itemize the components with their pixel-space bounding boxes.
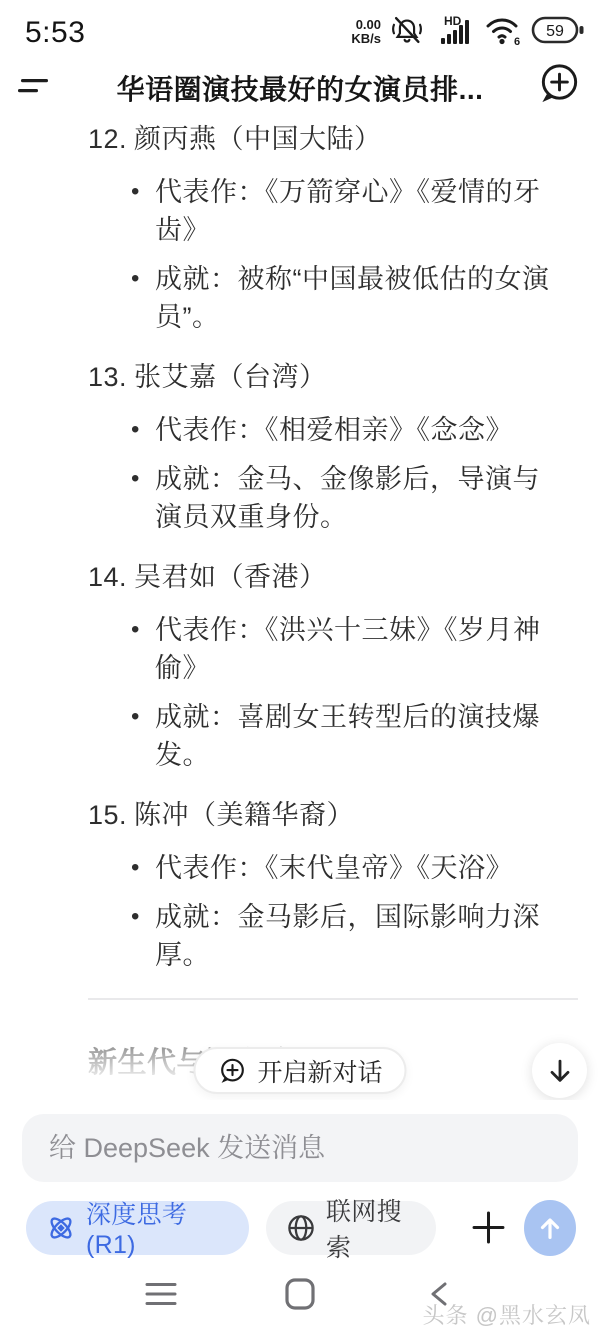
message-input[interactable] bbox=[22, 1114, 578, 1182]
chat-title: 华语圈演技最好的女演员排... bbox=[117, 68, 484, 108]
actor-detail: •成就：喜剧女王转型后的演技爆发。 bbox=[131, 698, 600, 774]
clock: 5:53 bbox=[25, 16, 85, 50]
bullet-icon: • bbox=[131, 173, 155, 249]
home-button[interactable] bbox=[281, 1275, 319, 1313]
app-header: 华语圈演技最好的女演员排... bbox=[0, 58, 600, 114]
actor-list-top: 12.颜丙燕（中国大陆）•代表作：《万箭穿心》《爱情的牙齿》•成就：被称“中国最… bbox=[0, 122, 600, 974]
web-search-label: 联网搜索 bbox=[326, 1192, 416, 1264]
bullet-icon: • bbox=[131, 260, 155, 336]
send-button[interactable] bbox=[524, 1200, 576, 1256]
section-divider bbox=[88, 998, 578, 1000]
actor-detail-text: 成就：喜剧女王转型后的演技爆发。 bbox=[155, 698, 550, 774]
sidebar-menu-button[interactable] bbox=[18, 70, 54, 102]
actor-detail: •成就：金马影后，国际影响力深厚。 bbox=[131, 898, 600, 974]
actor-detail-text: 代表作：《万箭穿心》《爱情的牙齿》 bbox=[155, 173, 550, 249]
actor-entry: 14.吴君如（香港）•代表作：《洪兴十三妹》《岁月神偷》•成就：喜剧女王转型后的… bbox=[0, 560, 600, 774]
arrow-down-icon bbox=[545, 1056, 575, 1086]
signal-strength-icon: HD bbox=[433, 14, 475, 51]
actor-rank: 12. bbox=[88, 122, 134, 156]
composer-toolbar: 深度思考 (R1) 联网搜索 bbox=[26, 1199, 576, 1256]
network-speed-unit: KB/s bbox=[351, 31, 381, 46]
actor-name: 颜丙燕（中国大陆） bbox=[134, 122, 382, 156]
recents-button[interactable] bbox=[142, 1275, 180, 1313]
deep-think-toggle[interactable]: 深度思考 (R1) bbox=[26, 1201, 249, 1255]
bullet-icon: • bbox=[131, 898, 155, 974]
actor-rank: 13. bbox=[88, 360, 134, 394]
bullet-icon: • bbox=[131, 698, 155, 774]
bullet-icon: • bbox=[131, 411, 155, 449]
actor-rank: 14. bbox=[88, 560, 134, 594]
actor-name: 陈冲（美籍华裔） bbox=[134, 798, 354, 832]
web-search-toggle[interactable]: 联网搜索 bbox=[266, 1201, 436, 1255]
actor-name: 吴君如（香港） bbox=[134, 560, 327, 594]
status-bar: 5:53 0.00 KB/s HD bbox=[0, 10, 600, 52]
new-chat-button[interactable] bbox=[534, 60, 584, 112]
actor-entry: 15.陈冲（美籍华裔）•代表作：《末代皇帝》《天浴》•成就：金马影后，国际影响力… bbox=[0, 798, 600, 974]
scroll-to-bottom-button[interactable] bbox=[532, 1043, 587, 1098]
atom-icon bbox=[46, 1213, 76, 1243]
actor-detail: •代表作：《万箭穿心》《爱情的牙齿》 bbox=[131, 173, 600, 249]
actor-title: 14.吴君如（香港） bbox=[0, 560, 600, 594]
actor-detail: •代表作：《洪兴十三妹》《岁月神偷》 bbox=[131, 611, 600, 687]
mute-vibrate-icon bbox=[390, 15, 424, 50]
start-new-chat-button[interactable]: 开启新对话 bbox=[193, 1047, 406, 1094]
actor-title: 15.陈冲（美籍华裔） bbox=[0, 798, 600, 832]
wifi-icon: 6 bbox=[484, 14, 522, 51]
bullet-icon: • bbox=[131, 849, 155, 887]
status-icons: 0.00 KB/s HD bbox=[351, 12, 585, 52]
battery-icon: 59 bbox=[531, 15, 585, 50]
actor-detail: •成就：被称“中国最被低估的女演员”。 bbox=[131, 260, 600, 336]
actor-detail: •成就：金马、金像影后，导演与演员双重身份。 bbox=[131, 460, 600, 536]
start-new-chat-label: 开启新对话 bbox=[257, 1053, 382, 1089]
actor-detail-text: 成就：被称“中国最被低估的女演员”。 bbox=[155, 260, 550, 336]
watermark: 头条 @黑水玄凤 bbox=[423, 1299, 591, 1330]
actor-entry: 13.张艾嘉（台湾）•代表作：《相爱相亲》《念念》•成就：金马、金像影后，导演与… bbox=[0, 360, 600, 536]
new-chat-bubble-plus-icon bbox=[217, 1056, 247, 1086]
network-speed-value: 0.00 bbox=[356, 17, 381, 32]
actor-detail-text: 代表作：《相爱相亲》《念念》 bbox=[155, 411, 550, 449]
plus-icon bbox=[470, 1209, 507, 1246]
deep-think-label: 深度思考 (R1) bbox=[86, 1195, 229, 1260]
arrow-up-icon bbox=[535, 1213, 565, 1243]
bullet-icon: • bbox=[131, 460, 155, 536]
actor-name: 张艾嘉（台湾） bbox=[134, 360, 327, 394]
actor-detail: •代表作：《相爱相亲》《念念》 bbox=[131, 411, 600, 449]
attach-button[interactable] bbox=[470, 1208, 507, 1248]
svg-text:6: 6 bbox=[514, 36, 520, 46]
actor-detail-text: 代表作：《末代皇帝》《天浴》 bbox=[155, 849, 550, 887]
actor-entry: 12.颜丙燕（中国大陆）•代表作：《万箭穿心》《爱情的牙齿》•成就：被称“中国最… bbox=[0, 122, 600, 336]
actor-title: 12.颜丙燕（中国大陆） bbox=[0, 122, 600, 156]
actor-detail: •代表作：《末代皇帝》《天浴》 bbox=[131, 849, 600, 887]
actor-detail-text: 成就：金马、金像影后，导演与演员双重身份。 bbox=[155, 460, 550, 536]
actor-rank: 15. bbox=[88, 798, 134, 832]
actor-title: 13.张艾嘉（台湾） bbox=[0, 360, 600, 394]
bullet-icon: • bbox=[131, 611, 155, 687]
globe-icon bbox=[286, 1213, 316, 1243]
new-chat-bubble-plus-icon bbox=[536, 60, 583, 112]
battery-percent: 59 bbox=[546, 23, 564, 40]
actor-detail-text: 成就：金马影后，国际影响力深厚。 bbox=[155, 898, 550, 974]
network-speed: 0.00 KB/s bbox=[351, 18, 381, 46]
composer-panel: 深度思考 (R1) 联网搜索 bbox=[0, 1100, 600, 1333]
actor-detail-text: 代表作：《洪兴十三妹》《岁月神偷》 bbox=[155, 611, 550, 687]
